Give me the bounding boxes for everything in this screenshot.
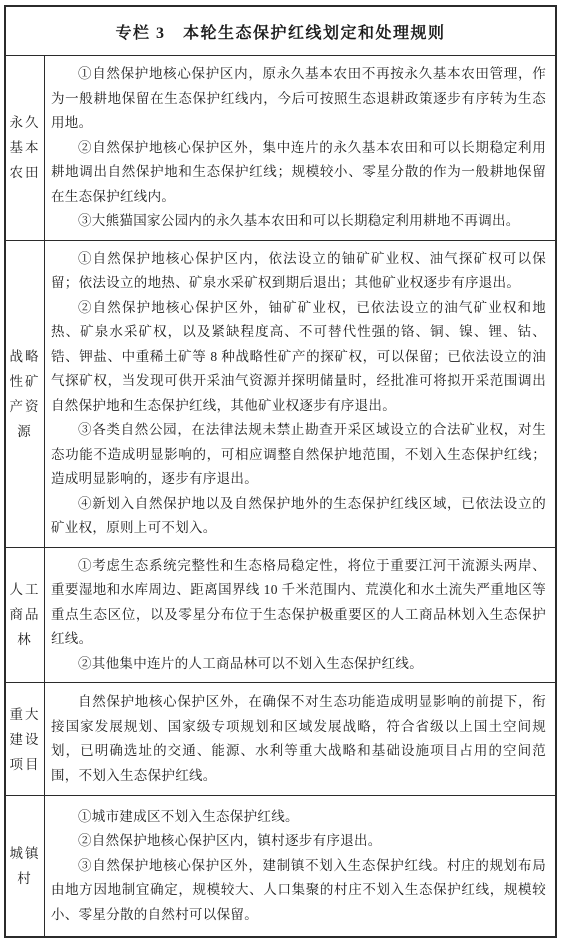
row-label-text: 人工 商品 林	[10, 577, 41, 652]
table-row-major-construction-projects: 重大 建设 项目 自然保护地核心保护区外，在确保不对生态功能造成明显影响的前提下…	[6, 683, 555, 796]
box-title-row: 专栏 3 本轮生态保护红线划定和处理规则	[6, 7, 555, 56]
row-content: ①考虑生态系统完整性和生态格局稳定性，将位于重要江河干流源头两岸、重要湿地和水库…	[45, 548, 555, 683]
rule-paragraph: ②自然保护地核心保护区外，铀矿矿业权，已依法设立的油气矿业权和地热、矿泉水采矿权…	[51, 296, 546, 419]
row-label-strategic-mineral-resources: 战略 性矿 产资 源	[6, 241, 45, 547]
row-label-text: 重大 建设 项目	[10, 702, 41, 777]
rule-paragraph: 自然保护地核心保护区外，在确保不对生态功能造成明显影响的前提下，衔接国家发展规划…	[51, 690, 546, 788]
row-content: ①自然保护地核心保护区内，原永久基本农田不再按永久基本农田管理，作为一般耕地保留…	[45, 56, 555, 240]
row-label-text: 战略 性矿 产资 源	[10, 344, 41, 444]
table-row-artificial-commercial-forest: 人工 商品 林 ①考虑生态系统完整性和生态格局稳定性，将位于重要江河干流源头两岸…	[6, 548, 555, 684]
rule-paragraph: ④新划入自然保护地以及自然保护地外的生态保护红线区域，已依法设立的矿业权，原则上…	[51, 492, 546, 541]
document-page: 专栏 3 本轮生态保护红线划定和处理规则 永久 基本 农田 ①自然保护地核心保护…	[0, 0, 563, 899]
rule-paragraph: ③自然保护地核心保护区外，建制镇不划入生态保护红线。村庄的规划布局由地方因地制宜…	[51, 854, 546, 928]
rule-paragraph: ②自然保护地核心保护区内，镇村逐步有序退出。	[51, 829, 546, 854]
rule-paragraph: ③大熊猫国家公园内的永久基本农田和可以长期稳定利用耕地不再调出。	[51, 209, 546, 234]
rule-paragraph: ③各类自然公园，在法律法规未禁止勘查开采区域设立的合法矿业权，对生态功能不造成明…	[51, 418, 546, 492]
table-row-strategic-mineral-resources: 战略 性矿 产资 源 ①自然保护地核心保护区内，依法设立的铀矿矿业权、油气探矿权…	[6, 241, 555, 548]
table-row-permanent-basic-farmland: 永久 基本 农田 ①自然保护地核心保护区内，原永久基本农田不再按永久基本农田管理…	[6, 56, 555, 241]
row-label-major-construction-projects: 重大 建设 项目	[6, 683, 45, 795]
row-label-towns-and-villages: 城镇 村	[6, 796, 45, 936]
row-content: ①自然保护地核心保护区内，依法设立的铀矿矿业权、油气探矿权可以保留；依法设立的地…	[45, 241, 555, 547]
rule-paragraph: ①自然保护地核心保护区内，依法设立的铀矿矿业权、油气探矿权可以保留；依法设立的地…	[51, 247, 546, 296]
row-label-text: 城镇 村	[10, 841, 41, 891]
row-content: ①城市建成区不划入生态保护红线。 ②自然保护地核心保护区内，镇村逐步有序退出。 …	[45, 796, 555, 936]
rule-paragraph: ①自然保护地核心保护区内，原永久基本农田不再按永久基本农田管理，作为一般耕地保留…	[51, 62, 546, 136]
rule-paragraph: ②自然保护地核心保护区外，集中连片的永久基本农田和可以长期稳定利用耕地调出自然保…	[51, 136, 546, 210]
policy-box-table: 专栏 3 本轮生态保护红线划定和处理规则 永久 基本 农田 ①自然保护地核心保护…	[4, 5, 557, 938]
box-title: 专栏 3 本轮生态保护红线划定和处理规则	[115, 20, 445, 43]
table-row-towns-and-villages: 城镇 村 ①城市建成区不划入生态保护红线。 ②自然保护地核心保护区内，镇村逐步有…	[6, 796, 555, 936]
row-content: 自然保护地核心保护区外，在确保不对生态功能造成明显影响的前提下，衔接国家发展规划…	[45, 683, 555, 795]
row-label-permanent-basic-farmland: 永久 基本 农田	[6, 56, 45, 240]
rule-paragraph: ②其他集中连片的人工商品林可以不划入生态保护红线。	[51, 652, 546, 677]
row-label-artificial-commercial-forest: 人工 商品 林	[6, 548, 45, 683]
rule-paragraph: ①考虑生态系统完整性和生态格局稳定性，将位于重要江河干流源头两岸、重要湿地和水库…	[51, 554, 546, 652]
rule-paragraph: ①城市建成区不划入生态保护红线。	[51, 805, 546, 830]
row-label-text: 永久 基本 农田	[10, 110, 41, 185]
